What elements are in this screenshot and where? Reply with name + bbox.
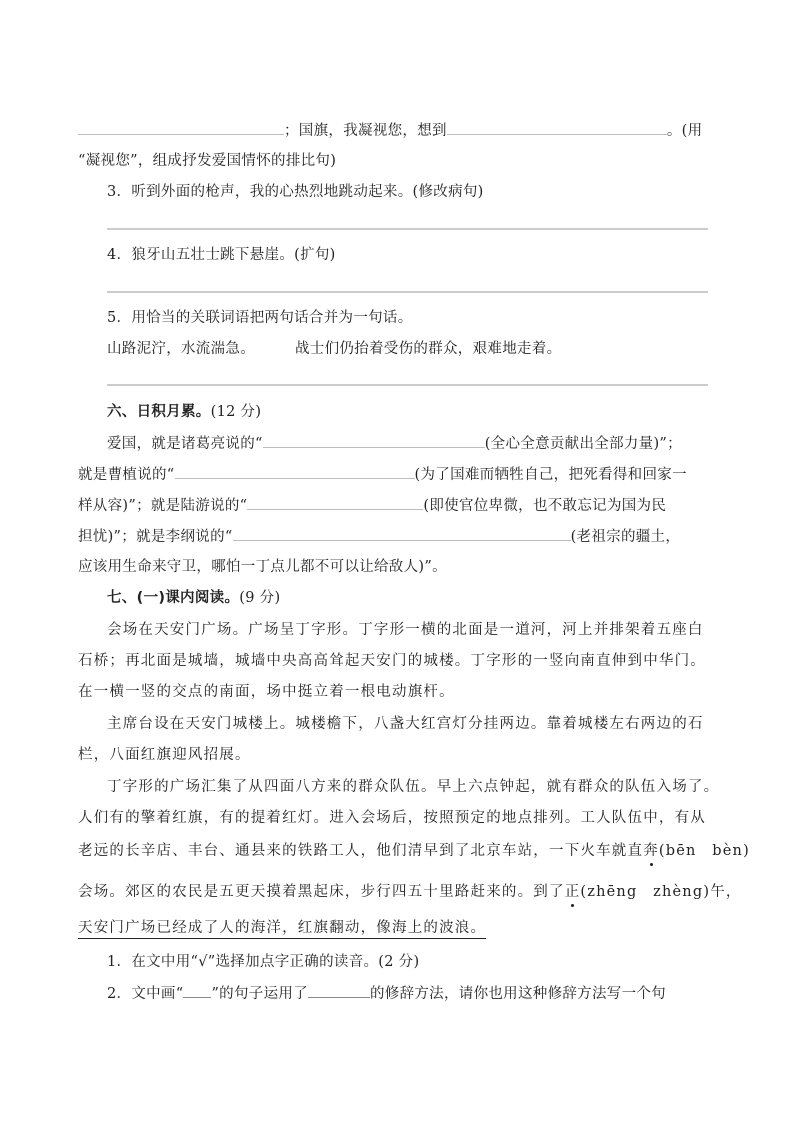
q3-answer-line[interactable] (107, 228, 708, 230)
p3-l3-text: 老远的长辛店、丰台、通县来的铁路工人，他们清早到了北京车站，一下火车就直 (78, 843, 643, 859)
passage-p2-l2: 栏，八面红旗迎风招展。 (78, 745, 251, 765)
q5-sentence-a: 山路泥泞，水流湍急。 (107, 341, 255, 357)
q2-instruction: “凝视您”，组成抒发爱国情怀的排比句) (78, 151, 336, 171)
section7-heading: 七、(一)课内阅读。(9 分) (107, 588, 280, 608)
passage-p1-l3: 在一横一竖的交点的南面，场中挺立着一根电动旗杆。 (78, 682, 455, 702)
q5-sentences: 山路泥泞，水流湍急。战士们仍抬着受伤的群众，艰难地走着。 (107, 339, 561, 359)
dotted-char-ben: 奔 (643, 841, 659, 861)
q4-prompt: 4．狼牙山五壮士跳下悬崖。(扩句) (107, 245, 336, 265)
underlined-sentence: 天安门广场已经成了人的海洋，红旗翻动，像海上的波浪。 (78, 920, 486, 939)
q4-answer-line[interactable] (107, 291, 708, 293)
li-gang-blank[interactable] (233, 526, 571, 541)
s6-l1-post: (全心全意贡献出全部力量)”； (485, 436, 682, 452)
passage-p3-l4: 会场。郊区的农民是五更天摸着黑起床，步行四五十里路赶来的。到了正(zhēng z… (78, 882, 742, 902)
zhuge-liang-blank[interactable] (263, 433, 485, 448)
q5-answer-line[interactable] (107, 384, 708, 386)
section6-heading: 六、日积月累。(12 分) (107, 402, 261, 422)
q2-post: 的修辞方法，请你也用这种修辞方法写一个句 (370, 986, 666, 1002)
s6-l1-pre: 爱国，就是诸葛亮说的“ (107, 436, 263, 452)
s7-q2: 2．文中画“”的句子运用了的修辞方法，请你也用这种修辞方法写一个句 (107, 983, 666, 1004)
q3-prompt: 3．听到外面的枪声，我的心热烈地跳动起来。(修改病句) (107, 182, 484, 202)
passage-p3-l1: 丁字形的广场汇集了从四面八方来的群众队伍。早上六点钟起，就有群众的队伍入场了。 (107, 777, 719, 797)
p3-l4-post: 午， (710, 884, 741, 900)
q5-prompt: 5．用恰当的关联词语把两句话合并为一句话。 (107, 308, 413, 328)
section6-line-4: 担忧)”；就是李纲说的“(老祖宗的疆土， (78, 526, 680, 547)
passage-p3-l3: 老远的长辛店、丰台、通县来的铁路工人，他们清早到了北京车站，一下火车就直奔(bē… (78, 841, 750, 861)
section6-line-2: 就是曹植说的“(为了国难而牺牲自己，把死看得和回家一 (78, 464, 687, 485)
s6-l2-pre: 就是曹植说的“ (78, 467, 175, 483)
lu-you-blank[interactable] (247, 495, 423, 510)
passage-p1-l2: 石桥；再北面是城墙，城墙中央高高耸起天安门的城楼。丁字形的一竖向南直伸到中华门。 (78, 651, 706, 671)
q2-pre: 2．文中画“ (107, 986, 183, 1002)
p3-l4-text: 会场。郊区的农民是五更天摸着黑起床，步行四五十里路赶来的。到了 (78, 884, 565, 900)
q2-parallel-line: ；国旗，我凝视您，想到。(用 (78, 120, 702, 141)
q2-text-post: 。(用 (667, 123, 703, 139)
section6-title: 六、日积月累。 (107, 404, 211, 420)
pinyin-choice-zheng[interactable]: (zhēng zhèng) (580, 884, 710, 900)
section6-line-1: 爱国，就是诸葛亮说的“(全心全意贡献出全部力量)”； (107, 433, 682, 454)
s6-l4-pre: 担忧)”；就是李纲说的“ (78, 529, 233, 545)
s6-l4-post: (老祖宗的疆土， (571, 529, 681, 545)
s6-l2-post: (为了国难而牺牲自己，把死看得和回家一 (415, 467, 687, 483)
underline-symbol (183, 983, 211, 998)
answer-blank-1[interactable] (78, 120, 284, 135)
rhetoric-blank[interactable] (308, 983, 370, 998)
dotted-char-zheng: 正 (565, 882, 581, 902)
passage-p2-l1: 主席台设在天安门城楼上。城楼檐下，八盏大红宫灯分挂两边。靠着城楼左右两边的石 (107, 714, 704, 734)
section6-line-3: 样从容)”；就是陆游说的“(即使官位卑微，也不敢忘记为国为民 (78, 495, 666, 516)
section6-score: (12 分) (211, 404, 262, 420)
q5-sentence-b: 战士们仍抬着受伤的群众，艰难地走着。 (295, 341, 561, 357)
answer-blank-2[interactable] (447, 120, 667, 135)
q2-text-pre: ；国旗，我凝视您，想到 (284, 123, 447, 139)
s6-l3-post: (即使官位卑微，也不敢忘记为国为民 (423, 498, 666, 514)
section7-score: (9 分) (239, 590, 280, 606)
passage-p3-l2: 人们有的擎着红旗，有的提着红灯。进入会场后，按照预定的地点排列。工人队伍中，有从 (78, 808, 706, 828)
section6-line-5: 应该用生命来守卫，哪怕一丁点儿都不可以让给敌人)”。 (78, 557, 447, 577)
s7-q1: 1．在文中用“√”选择加点字正确的读音。(2 分) (107, 952, 419, 972)
section7-title: 七、(一)课内阅读。 (107, 590, 239, 606)
s6-l3-pre: 样从容)”；就是陆游说的“ (78, 498, 247, 514)
cao-zhi-blank[interactable] (175, 464, 415, 479)
pinyin-choice-ben[interactable]: (bēn bèn) (659, 843, 750, 859)
q2-mid: ”的句子运用了 (211, 986, 308, 1002)
q5-connector-blank[interactable] (255, 339, 295, 353)
passage-p3-l5: 天安门广场已经成了人的海洋，红旗翻动，像海上的波浪。 (78, 918, 486, 938)
passage-p1-l1: 会场在天安门广场。广场呈丁字形。丁字形一横的北面是一道河，河上并排架着五座白 (107, 620, 704, 640)
